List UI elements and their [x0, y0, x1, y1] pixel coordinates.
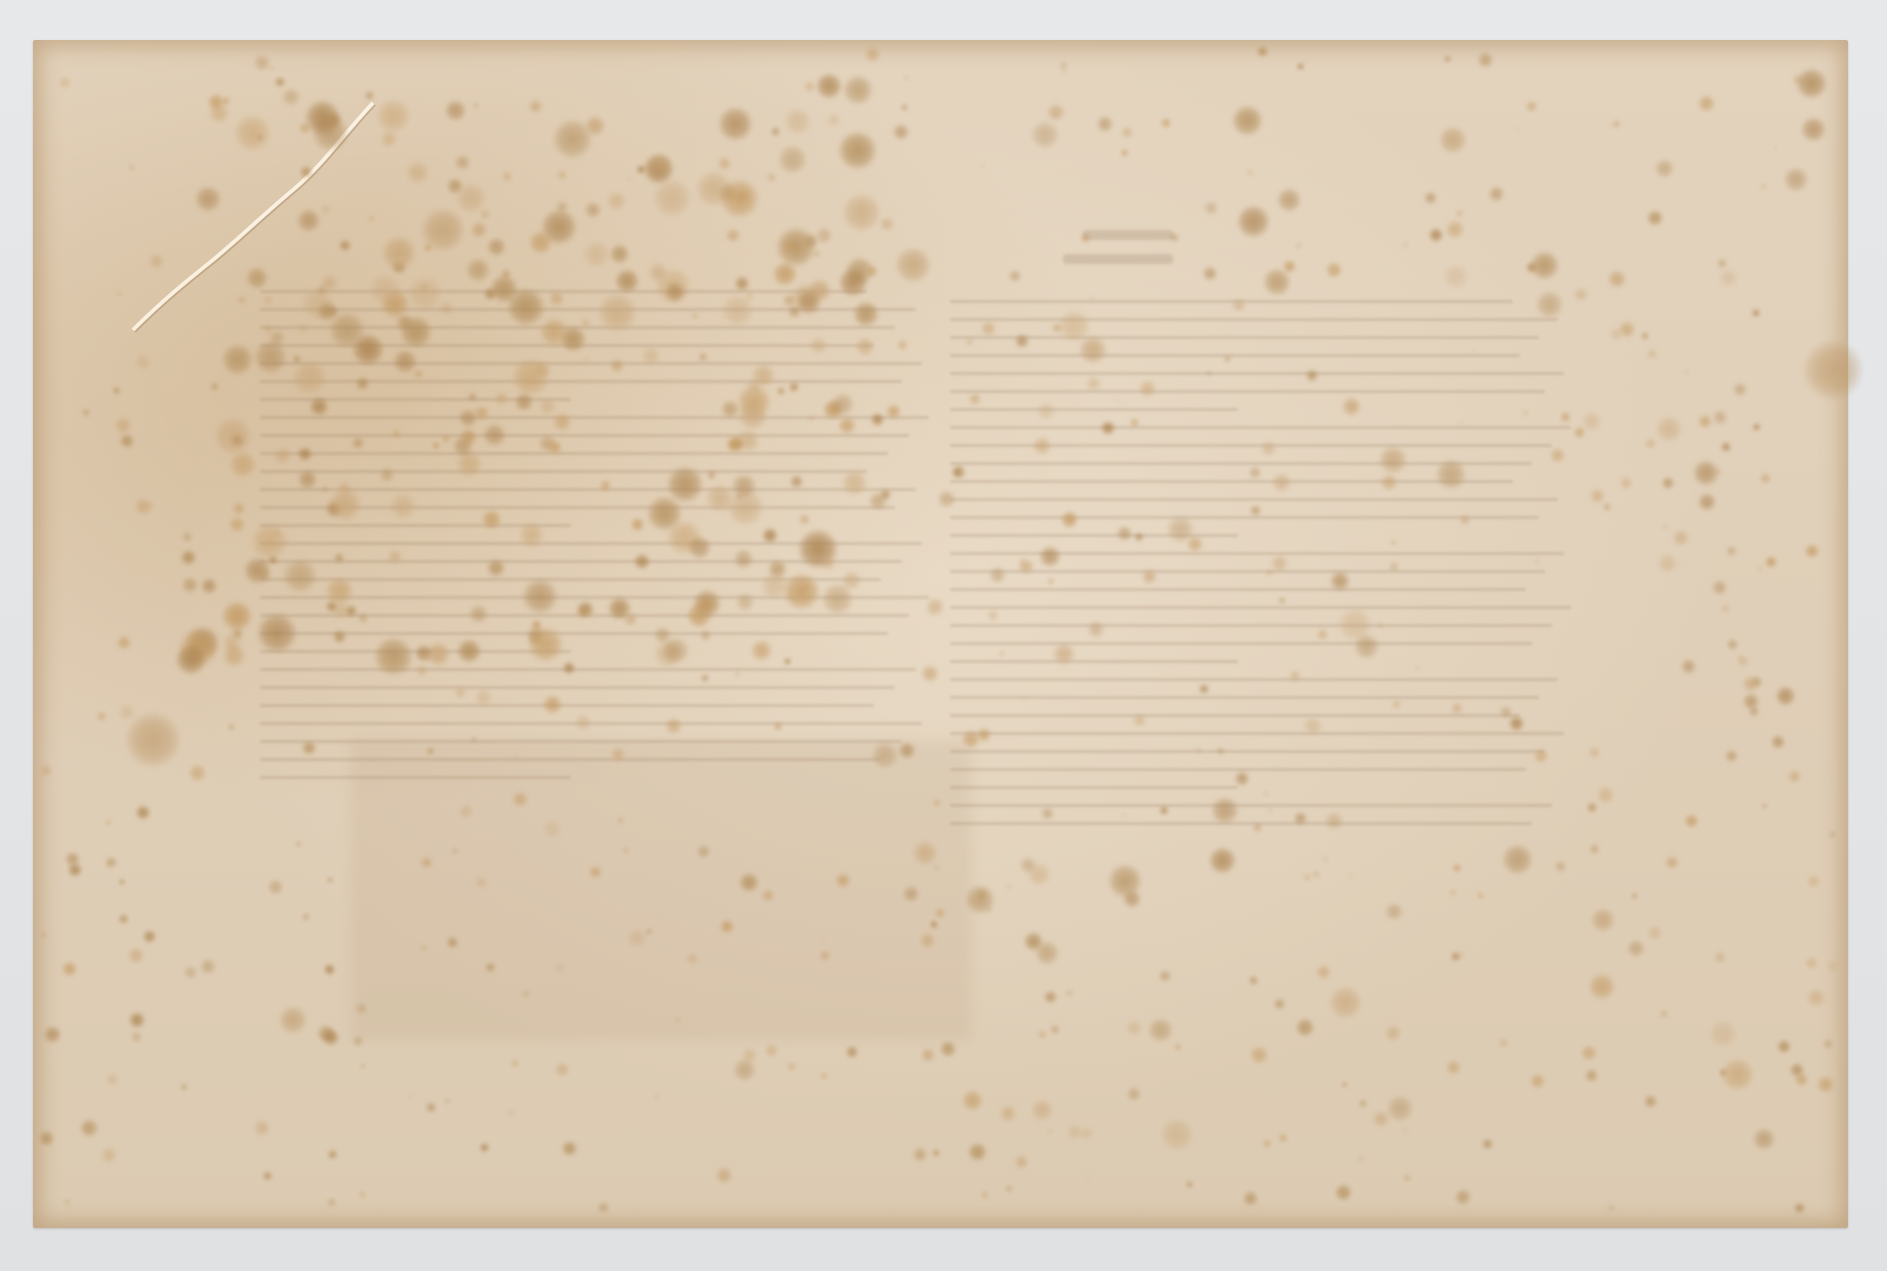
foxing-spot — [1359, 1100, 1366, 1107]
bleed-through-line — [950, 660, 1238, 663]
foxing-spot — [585, 116, 605, 136]
foxing-spot — [106, 820, 111, 825]
foxing-spot — [1720, 269, 1738, 287]
bleed-through-line — [950, 408, 1238, 411]
foxing-spot — [129, 165, 134, 170]
foxing-spot — [1148, 1018, 1173, 1043]
foxing-spot — [143, 930, 155, 942]
foxing-spot — [1451, 952, 1460, 961]
foxing-spot — [353, 1036, 364, 1047]
foxing-spot — [968, 1143, 987, 1162]
foxing-spot — [475, 877, 487, 889]
foxing-spot — [872, 742, 899, 769]
foxing-spot — [1582, 412, 1601, 431]
foxing-spot — [1478, 52, 1494, 68]
foxing-spot — [1048, 1129, 1052, 1133]
foxing-spot — [1765, 556, 1777, 568]
foxing-spot — [1685, 814, 1698, 827]
foxing-spot — [113, 387, 120, 394]
foxing-spot — [1385, 1025, 1401, 1041]
foxing-spot — [466, 258, 490, 282]
bleed-through-line — [950, 786, 1238, 789]
foxing-spot — [618, 818, 623, 823]
foxing-spot — [119, 704, 135, 720]
foxing-spot — [784, 240, 796, 252]
foxing-spot — [59, 76, 71, 88]
foxing-spot — [1289, 670, 1301, 682]
foxing-spot — [935, 908, 945, 918]
foxing-spot — [427, 748, 434, 755]
foxing-spot — [200, 959, 216, 975]
foxing-spot — [1753, 1128, 1775, 1150]
foxing-spot — [352, 437, 364, 449]
foxing-spot — [408, 276, 442, 310]
foxing-spot — [778, 145, 807, 174]
foxing-spot — [1459, 421, 1463, 425]
foxing-spot — [374, 637, 413, 676]
bleed-through-line — [950, 570, 1545, 573]
foxing-spot — [1274, 998, 1285, 1009]
foxing-spot — [293, 355, 301, 363]
foxing-spot — [119, 879, 125, 885]
foxing-spot — [1807, 875, 1821, 889]
foxing-spot — [1698, 493, 1716, 511]
foxing-spot — [1500, 706, 1512, 718]
foxing-spot — [1039, 546, 1061, 568]
foxing-spot — [511, 1059, 519, 1067]
foxing-spot — [1761, 184, 1766, 189]
foxing-spot — [251, 523, 288, 560]
foxing-spot — [361, 1064, 365, 1068]
foxing-spot — [128, 947, 145, 964]
foxing-spot — [1237, 205, 1270, 238]
foxing-spot — [1264, 792, 1268, 796]
foxing-spot — [688, 536, 711, 559]
foxing-spot — [969, 393, 982, 406]
foxing-spot — [106, 1073, 119, 1086]
foxing-spot — [118, 914, 129, 925]
foxing-spot — [1121, 127, 1132, 138]
foxing-spot — [610, 359, 623, 372]
bleed-through-line — [260, 290, 867, 293]
foxing-spot — [105, 857, 117, 869]
foxing-spot — [718, 157, 731, 170]
foxing-spot — [1645, 438, 1656, 449]
foxing-spot — [866, 265, 878, 277]
foxing-spot — [1516, 128, 1519, 131]
foxing-spot — [762, 528, 777, 543]
foxing-spot — [359, 1191, 366, 1198]
foxing-spot — [600, 480, 611, 491]
foxing-spot — [1009, 270, 1021, 282]
foxing-spot — [871, 413, 884, 426]
foxing-spot — [254, 1120, 270, 1136]
foxing-spot — [1591, 908, 1615, 932]
foxing-spot — [623, 848, 629, 854]
foxing-spot — [1127, 1087, 1141, 1101]
foxing-spot — [1053, 643, 1075, 665]
foxing-spot — [1316, 965, 1330, 979]
foxing-spot — [649, 263, 668, 282]
foxing-spot — [739, 873, 758, 892]
foxing-spot — [432, 442, 440, 450]
foxing-spot — [1482, 1139, 1493, 1150]
foxing-spot — [406, 161, 429, 184]
foxing-spot — [1439, 126, 1467, 154]
foxing-spot — [1644, 1095, 1657, 1108]
foxing-spot — [1727, 639, 1738, 650]
bleed-through-line — [950, 750, 1545, 753]
foxing-spot — [838, 417, 855, 434]
foxing-spot — [1738, 656, 1749, 667]
foxing-spot — [822, 557, 836, 571]
foxing-spot — [39, 1131, 54, 1146]
foxing-spot — [445, 100, 465, 120]
foxing-spot — [480, 209, 491, 220]
foxing-spot — [634, 554, 649, 569]
foxing-spot — [257, 135, 263, 141]
foxing-spot — [1243, 1191, 1258, 1206]
bleed-through-line — [950, 804, 1552, 807]
foxing-spot — [1086, 376, 1101, 391]
foxing-spot — [726, 229, 739, 242]
foxing-spot — [962, 1090, 983, 1111]
foxing-spot — [64, 1199, 70, 1205]
foxing-spot — [913, 1147, 928, 1162]
foxing-spot — [562, 1141, 577, 1156]
foxing-spot — [1373, 1111, 1389, 1127]
foxing-spot — [1392, 700, 1401, 709]
foxing-spot — [989, 567, 1005, 583]
foxing-spot — [1044, 991, 1056, 1003]
foxing-spot — [716, 1167, 732, 1183]
foxing-spot — [938, 490, 956, 508]
foxing-spot — [1199, 684, 1209, 694]
foxing-spot — [323, 1029, 339, 1045]
foxing-spot — [1627, 940, 1645, 958]
foxing-spot — [1296, 243, 1301, 248]
foxing-spot — [420, 945, 427, 952]
foxing-spot — [895, 247, 931, 283]
foxing-spot — [1574, 427, 1585, 438]
foxing-spot — [229, 724, 235, 730]
foxing-spot — [1391, 540, 1396, 545]
foxing-spot — [42, 932, 46, 936]
foxing-spot — [417, 665, 428, 676]
foxing-spot — [483, 424, 506, 447]
foxing-spot — [1249, 976, 1258, 985]
foxing-spot — [1087, 1177, 1090, 1180]
foxing-spot — [804, 81, 816, 93]
foxing-spot — [1304, 717, 1322, 735]
foxing-spot — [1589, 973, 1615, 999]
bleed-through-line — [950, 678, 1558, 681]
foxing-spot — [940, 1041, 955, 1056]
foxing-spot — [1050, 1025, 1060, 1035]
foxing-spot — [324, 964, 335, 975]
foxing-spot — [189, 764, 206, 781]
foxing-spot — [1277, 188, 1301, 212]
foxing-spot — [421, 208, 465, 252]
foxing-spot — [1335, 1184, 1352, 1201]
bleed-through-line — [950, 822, 1532, 825]
foxing-spot — [1587, 802, 1598, 813]
foxing-spot — [1477, 892, 1484, 899]
foxing-spot — [816, 73, 842, 99]
foxing-spot — [1762, 804, 1766, 808]
foxing-spot — [966, 338, 973, 345]
foxing-spot — [1550, 448, 1565, 463]
foxing-spot — [327, 1198, 336, 1207]
foxing-spot — [557, 170, 567, 180]
foxing-spot — [1823, 1039, 1833, 1049]
foxing-spot — [1681, 561, 1684, 564]
foxing-spot — [962, 730, 980, 748]
foxing-spot — [529, 231, 552, 254]
bleed-through-line — [260, 632, 888, 635]
foxing-spot — [268, 879, 284, 895]
foxing-spot — [1247, 169, 1253, 175]
foxing-spot — [1450, 889, 1456, 895]
foxing-spot — [1126, 1020, 1142, 1036]
foxing-spot — [598, 293, 637, 332]
foxing-spot — [322, 205, 330, 213]
foxing-spot — [1721, 604, 1730, 613]
bleed-through-line — [260, 488, 916, 491]
foxing-spot — [1760, 473, 1771, 484]
foxing-spot — [1080, 1127, 1093, 1140]
bleed-through-line — [950, 426, 1571, 429]
foxing-spot — [1313, 871, 1320, 878]
foxing-spot — [486, 963, 495, 972]
foxing-spot — [388, 550, 402, 564]
foxing-spot — [442, 435, 450, 443]
foxing-spot — [1757, 565, 1764, 572]
foxing-spot — [475, 689, 492, 706]
foxing-spot — [1204, 201, 1218, 215]
bleed-through-line — [950, 354, 1520, 357]
bleed-through-line — [950, 624, 1552, 627]
foxing-spot — [82, 409, 90, 417]
foxing-spot — [455, 155, 471, 171]
foxing-spot — [901, 104, 908, 111]
foxing-spot — [1031, 121, 1059, 149]
foxing-spot — [1272, 473, 1291, 492]
foxing-spot — [115, 417, 131, 433]
foxing-spot — [903, 886, 919, 902]
foxing-spot — [339, 240, 351, 252]
foxing-spot — [1660, 1010, 1668, 1018]
foxing-spot — [816, 227, 832, 243]
foxing-spot — [129, 1012, 145, 1028]
foxing-spot — [627, 177, 632, 182]
foxing-spot — [381, 131, 396, 146]
foxing-spot — [589, 866, 601, 878]
foxing-spot — [1796, 68, 1827, 99]
foxing-spot — [233, 502, 246, 515]
foxing-spot — [1037, 402, 1055, 420]
foxing-spot — [738, 401, 766, 429]
bleed-through-line — [950, 318, 1558, 321]
foxing-spot — [356, 1003, 367, 1014]
foxing-spot — [698, 597, 714, 613]
foxing-spot — [1062, 69, 1065, 72]
foxing-spot — [932, 1149, 940, 1157]
foxing-spot — [1673, 530, 1689, 546]
foxing-spot — [1404, 1128, 1408, 1132]
foxing-spot — [300, 166, 312, 178]
foxing-spot — [1342, 1082, 1347, 1087]
foxing-spot — [1170, 233, 1178, 241]
foxing-spot — [125, 712, 181, 768]
foxing-spot — [1271, 555, 1288, 572]
foxing-spot — [1693, 460, 1719, 486]
foxing-spot — [1117, 526, 1132, 541]
foxing-spot — [774, 723, 781, 730]
foxing-spot — [920, 933, 935, 948]
foxing-spot — [1830, 832, 1835, 837]
bleed-through-line — [260, 686, 895, 689]
foxing-spot — [1031, 1099, 1053, 1121]
foxing-spot — [1585, 1069, 1598, 1082]
foxing-spot — [1279, 1134, 1287, 1142]
foxing-spot — [512, 792, 527, 807]
foxing-spot — [1038, 1030, 1047, 1039]
foxing-spot — [515, 393, 533, 411]
foxing-spot — [1294, 812, 1307, 825]
foxing-spot — [696, 171, 732, 207]
foxing-spot — [1721, 1058, 1754, 1091]
foxing-spot — [1403, 1174, 1411, 1182]
foxing-spot — [1647, 349, 1657, 359]
foxing-spot — [1619, 321, 1635, 337]
foxing-spot — [135, 354, 151, 370]
foxing-spot — [752, 364, 775, 387]
foxing-spot — [1067, 1124, 1082, 1139]
foxing-spot — [230, 451, 256, 477]
foxing-spot — [1297, 63, 1304, 70]
foxing-spot — [1329, 986, 1362, 1019]
foxing-spot — [1379, 446, 1407, 474]
foxing-spot — [1743, 693, 1760, 710]
foxing-spot — [1655, 159, 1674, 178]
bleed-through-line — [260, 722, 922, 725]
foxing-spot — [869, 492, 887, 510]
foxing-spot — [487, 238, 506, 257]
foxing-spot — [865, 47, 880, 62]
foxing-spot — [414, 369, 423, 378]
foxing-spot — [310, 397, 328, 415]
foxing-spot — [1717, 259, 1727, 269]
foxing-spot — [1530, 1074, 1544, 1088]
foxing-spot — [655, 1095, 659, 1099]
foxing-spot — [1020, 857, 1036, 873]
bleed-through-line — [950, 480, 1513, 483]
foxing-spot — [327, 877, 333, 883]
foxing-spot — [981, 1191, 989, 1199]
foxing-spot — [1048, 579, 1053, 584]
foxing-spot — [765, 1044, 778, 1057]
foxing-spot — [1035, 941, 1060, 966]
foxing-spot — [988, 610, 998, 620]
foxing-spot — [275, 77, 285, 87]
foxing-spot — [136, 805, 151, 820]
bleed-through-line — [950, 696, 1539, 699]
foxing-spot — [691, 312, 699, 320]
foxing-spot — [1404, 243, 1408, 247]
foxing-spot — [1771, 735, 1785, 749]
foxing-spot — [981, 164, 985, 168]
foxing-spot — [1060, 62, 1067, 69]
foxing-spot — [1805, 957, 1818, 970]
foxing-spot — [1451, 703, 1462, 714]
foxing-spot — [1006, 884, 1011, 889]
foxing-spot — [1535, 560, 1539, 564]
foxing-spot — [1161, 1118, 1194, 1151]
foxing-spot — [1249, 466, 1262, 479]
foxing-spot — [1698, 415, 1712, 429]
bleed-through-plate — [351, 740, 971, 1040]
foxing-spot — [519, 523, 544, 548]
foxing-spot — [1752, 309, 1760, 317]
foxing-spot — [790, 475, 803, 488]
foxing-spot — [390, 493, 416, 519]
foxing-spot — [718, 107, 752, 141]
foxing-spot — [1489, 186, 1505, 202]
foxing-spot — [1647, 210, 1663, 226]
foxing-spot — [269, 330, 285, 346]
foxing-spot — [469, 605, 487, 623]
foxing-spot — [117, 636, 130, 649]
foxing-spot — [836, 873, 850, 887]
foxing-spot — [1108, 864, 1141, 897]
foxing-spot — [176, 644, 206, 674]
foxing-spot — [1620, 477, 1632, 489]
foxing-spot — [543, 695, 562, 714]
foxing-spot — [296, 842, 301, 847]
foxing-spot — [1603, 503, 1611, 511]
foxing-spot — [563, 662, 574, 673]
foxing-spot — [1560, 412, 1570, 422]
foxing-spot — [1581, 1045, 1597, 1061]
foxing-spot — [783, 573, 820, 610]
foxing-spot — [44, 1026, 61, 1043]
foxing-spot — [1446, 220, 1464, 238]
foxing-spot — [1101, 421, 1115, 435]
bleed-through-line — [950, 732, 1564, 735]
foxing-spot — [148, 503, 153, 508]
foxing-spot — [1250, 1046, 1268, 1064]
foxing-spot — [581, 319, 589, 327]
bleed-through-text-left — [260, 290, 950, 794]
foxing-spot — [1827, 960, 1839, 972]
foxing-spot — [229, 517, 245, 533]
foxing-spot — [1776, 686, 1796, 706]
foxing-spot — [893, 124, 909, 140]
foxing-spot — [1817, 1076, 1834, 1093]
foxing-spot — [1263, 1140, 1271, 1148]
foxing-spot — [1632, 893, 1637, 898]
foxing-spot — [1378, 623, 1383, 628]
bleed-through-line — [950, 768, 1526, 771]
foxing-spot — [317, 285, 327, 295]
foxing-spot — [886, 404, 901, 419]
foxing-spot — [1325, 812, 1343, 830]
foxing-spot — [787, 1062, 796, 1071]
foxing-spot — [1429, 228, 1444, 243]
foxing-spot — [734, 549, 754, 569]
foxing-spot — [471, 222, 487, 238]
